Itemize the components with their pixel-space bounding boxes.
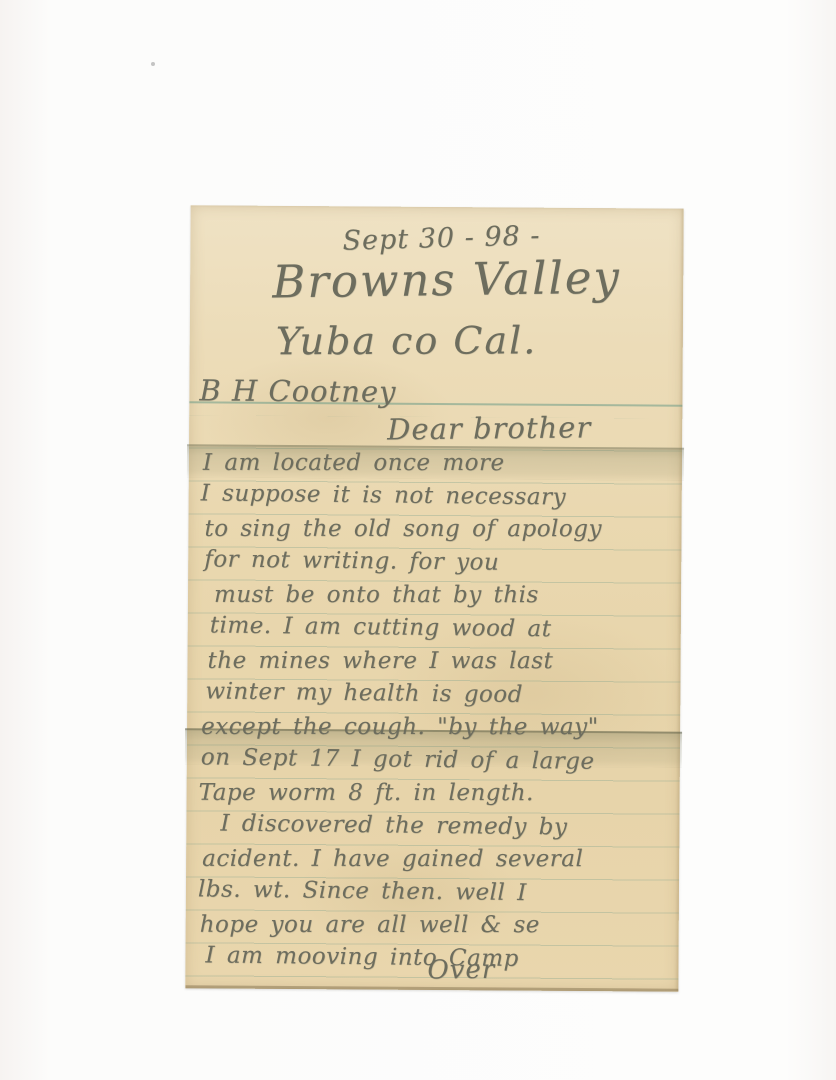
body-line: for not writing. for you	[204, 543, 674, 581]
place-line: Browns Valley	[272, 251, 621, 309]
body-line: to sing the old song of apology	[204, 513, 674, 546]
body-line: winter my health is good	[205, 675, 673, 713]
body-line: Tape worm 8 ft. in length.	[199, 777, 673, 810]
county-line: Yuba co Cal.	[276, 318, 538, 363]
body-line: I am located once more	[203, 447, 675, 480]
body-line: time. I am cutting wood at	[210, 609, 674, 647]
body-line: I suppose it is not necessary	[201, 477, 675, 515]
salutation-line: Dear brother	[387, 410, 591, 446]
body-line: must be onto that by this	[214, 579, 674, 612]
body-line: I discovered the remedy by	[220, 808, 672, 846]
body-line: except the cough. "by the way"	[201, 711, 673, 744]
recipient-line: B H Cootney	[199, 373, 396, 408]
scanner-background: Sept 30 - 98 - Browns Valley Yuba co Cal…	[0, 0, 836, 1080]
body-line: hope you are all well & se	[200, 909, 672, 942]
page-turn-note: Over	[427, 955, 495, 986]
letter-page: Sept 30 - 98 - Browns Valley Yuba co Cal…	[185, 205, 683, 991]
body-line: on Sept 17 I got rid of a large	[201, 741, 673, 779]
letter-body: I am located once more I suppose it is n…	[197, 445, 675, 976]
scan-dust-speck	[151, 62, 155, 66]
body-line: acident. I have gained several	[202, 843, 672, 876]
body-line: lbs. wt. Since then. well I	[198, 873, 672, 911]
body-line: the mines where I was last	[208, 645, 674, 678]
